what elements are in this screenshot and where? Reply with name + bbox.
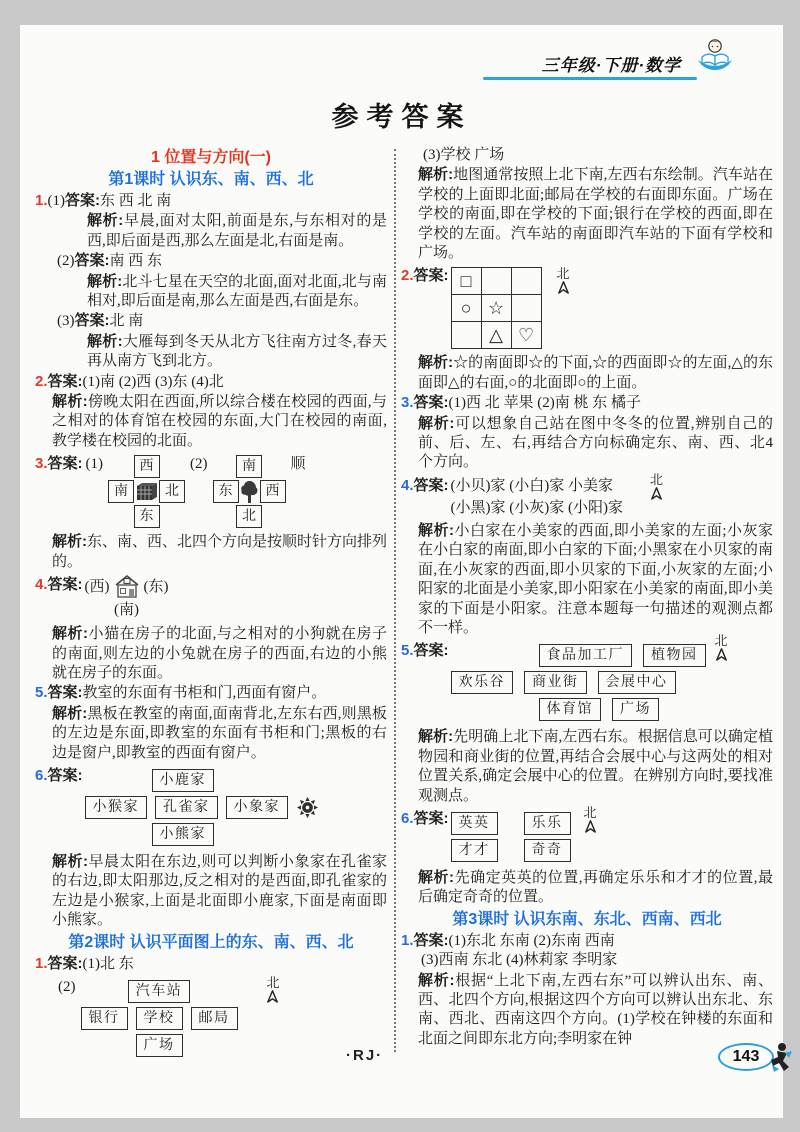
label: 答案: bbox=[414, 474, 449, 498]
grid-cell: ☆ bbox=[481, 295, 511, 322]
compass-arrow-icon bbox=[651, 487, 662, 502]
diagram-row: 东西 bbox=[213, 480, 286, 503]
lesson-heading: 第1课时 认识东、南、西、北 bbox=[35, 169, 387, 190]
diagram-row: 银行学校邮局 bbox=[81, 1007, 238, 1030]
diagram-row: 小熊家 bbox=[66, 823, 301, 846]
text-run: 小猫在房子的北面,与之相对的小狗就在房子的南面,则左边的小兔就在房子的西面,右边… bbox=[52, 626, 387, 681]
diagram-box: 西 bbox=[260, 480, 286, 503]
diagram-row: 东 bbox=[108, 505, 185, 528]
text-run: (1) bbox=[48, 193, 66, 209]
label: 解析: bbox=[87, 333, 123, 350]
analysis-paragraph: 解析:黑板在教室的南面,面南背北,左东右西,则黑板的左边是东面,即教室的东面有书… bbox=[35, 704, 387, 763]
edition-label: 三年级·下册·数学 bbox=[542, 51, 681, 76]
text-run: (2) bbox=[58, 975, 76, 999]
label: 解析: bbox=[52, 393, 88, 410]
diagram-row: 才才奇奇 bbox=[451, 839, 571, 862]
lesson-heading: 第3课时 认识东南、东北、西南、西北 bbox=[401, 909, 773, 930]
diagram-row: (南) bbox=[85, 599, 169, 621]
column-divider bbox=[394, 149, 396, 1052]
label: 解析: bbox=[52, 625, 88, 642]
answer-paragraph: 4.答案:(西)(东)(南) bbox=[35, 573, 387, 623]
diagram-row: 南 bbox=[213, 455, 286, 478]
label: 答案: bbox=[48, 452, 83, 476]
diagram-box: 南 bbox=[108, 480, 134, 503]
diagram-row: 汽车站 bbox=[81, 980, 238, 1003]
analysis-paragraph: 解析:可以想象自己站在图中冬冬的位置,辨别自己的前、后、左、右,再结合方向标确定… bbox=[401, 414, 773, 473]
text-run: ☆的南面即☆的下面,☆的西面即☆的左面,△的东面即△的右面,○的北面即○的上面。 bbox=[418, 355, 773, 390]
text-run: 东、南、西、北四个方向是按顺时针方向排列的。 bbox=[52, 534, 387, 569]
text-run: 傍晚太阳在西面,所以综合楼在校园的西面,与之相对的体育馆在校园的东面,大门在校园… bbox=[52, 394, 387, 449]
diagram-box: 会展中心 bbox=[598, 671, 676, 694]
lesson-heading: 第2课时 认识平面图上的东、南、西、北 bbox=[35, 932, 387, 953]
diagram-row: 欢乐谷商业街会展中心 bbox=[451, 671, 706, 694]
page-title: 参考答案 bbox=[20, 95, 783, 134]
compass-arrow-icon bbox=[585, 820, 596, 835]
diagram-box: 商业街 bbox=[524, 671, 587, 694]
text-paragraph: (3)学校 广场 bbox=[401, 146, 773, 165]
grid-cell bbox=[481, 268, 511, 295]
answer-paragraph: 1.答案:(1)北 东 bbox=[35, 954, 387, 974]
label: 答案: bbox=[414, 264, 449, 288]
analysis-paragraph: 解析:早晨太阳在东边,则可以判断小象家在孔雀家的右边,即太阳那边,反之相对的是西… bbox=[35, 852, 387, 931]
diagram-box: 北 bbox=[236, 505, 262, 528]
label: 答案: bbox=[65, 192, 100, 209]
text-run: (1) bbox=[86, 452, 104, 476]
text-run: 顺 bbox=[291, 452, 306, 476]
north-compass-icon: 北 bbox=[584, 806, 597, 835]
compass-label: 北 bbox=[266, 976, 279, 989]
diagram-d1: 西南北东 bbox=[108, 453, 185, 530]
compass-label: 北 bbox=[557, 267, 570, 280]
north-compass-icon: 北 bbox=[266, 976, 279, 1005]
answer-paragraph: 3.答案:(1)西南北东(2)南东西北顺 bbox=[35, 452, 387, 531]
text-paragraph: (2)汽车站银行学校邮局广场北 bbox=[35, 975, 387, 1062]
label: 答案: bbox=[75, 312, 110, 329]
diagram-box: 邮局 bbox=[191, 1007, 238, 1030]
text-paragraph: (3)西南 东北 (4)林莉家 李明家 bbox=[401, 951, 773, 970]
diagram-row: (小黑)家 (小灰)家 (小阳)家 bbox=[451, 497, 623, 519]
question-number: 1. bbox=[401, 932, 414, 949]
compass-label: 北 bbox=[584, 806, 597, 819]
label: 答案: bbox=[48, 955, 83, 972]
analysis-paragraph: 解析:先明确上北下南,左西右东。根据信息可以确定植物园和商业街的位置,再结合会展… bbox=[401, 727, 773, 806]
shape-grid: □○☆△♡ bbox=[451, 267, 542, 349]
question-number: 5. bbox=[401, 639, 414, 663]
diagram-box: 小熊家 bbox=[152, 823, 215, 846]
diagram-row: 广场 bbox=[81, 1034, 238, 1057]
text-run: 北斗七星在天空的北面,面对北面,北与南相对,即后面是南,那么左面是西,右面是东。 bbox=[87, 274, 387, 309]
text-run: 东 西 北 南 bbox=[100, 193, 171, 209]
north-compass-icon: 北 bbox=[715, 634, 728, 663]
diagram-text: (小黑)家 (小灰)家 (小阳)家 bbox=[451, 497, 623, 519]
question-number: 6. bbox=[401, 807, 414, 831]
label: 答案: bbox=[48, 684, 83, 701]
analysis-paragraph: 解析:东、南、西、北四个方向是按顺时针方向排列的。 bbox=[35, 532, 387, 572]
diagram-d9: 英英乐乐才才奇奇北 bbox=[451, 808, 571, 866]
label: 答案: bbox=[414, 932, 449, 949]
diagram-row: 小鹿家 bbox=[66, 769, 301, 792]
diagram-box: 广场 bbox=[136, 1034, 183, 1057]
compass-arrow-icon bbox=[267, 990, 278, 1005]
compass-label: 北 bbox=[650, 473, 663, 486]
text-run: (3)西南 东北 (4)林莉家 李明家 bbox=[421, 952, 617, 968]
diagram-box: 银行 bbox=[81, 1007, 128, 1030]
grid-cell: ♡ bbox=[511, 322, 541, 349]
text-run: 教室的东面有书柜和门,西面有窗户。 bbox=[83, 685, 327, 701]
grid-cell: □ bbox=[451, 268, 481, 295]
reading-kid-mascot-icon bbox=[695, 37, 735, 78]
diagram-row: 小猴家孔雀家小象家 bbox=[85, 796, 320, 819]
diagram-text: (东) bbox=[144, 576, 169, 598]
diagram-box: 西 bbox=[134, 455, 160, 478]
label: 解析: bbox=[87, 273, 122, 290]
question-number: 1. bbox=[35, 192, 48, 209]
diagram-box: 乐乐 bbox=[524, 812, 571, 835]
diagram-box: 小猴家 bbox=[85, 796, 148, 819]
diagram-d2: 南东西北 bbox=[213, 453, 286, 530]
diagram-box: 东 bbox=[134, 505, 160, 528]
diagram-box: 广场 bbox=[612, 698, 659, 721]
answer-paragraph: 1.(1)答案:东 西 北 南 bbox=[35, 191, 387, 211]
diagram-box: 汽车站 bbox=[128, 980, 191, 1003]
grid-cell bbox=[511, 268, 541, 295]
text-run: (2) bbox=[190, 452, 208, 476]
diagram-box: 小鹿家 bbox=[152, 769, 215, 792]
analysis-paragraph: 解析:小猫在房子的北面,与之相对的小狗就在房子的南面,则左边的小兔就在房子的西面… bbox=[35, 624, 387, 683]
diagram-box: 学校 bbox=[136, 1007, 183, 1030]
text-run: 可以想象自己站在图中冬冬的位置,辨别自己的前、后、左、右,再结合方向标确定东、南… bbox=[418, 416, 773, 471]
left-column: 1 位置与方向(一)第1课时 认识东、南、西、北1.(1)答案:东 西 北 南解… bbox=[35, 146, 387, 1063]
label: 解析: bbox=[418, 522, 454, 539]
diagram-box: 食品加工厂 bbox=[539, 644, 633, 667]
diagram-text: (西) bbox=[85, 576, 110, 598]
diagram-text: (小贝)家 (小白)家 小美家 bbox=[451, 475, 613, 497]
north-compass-icon: 北 bbox=[557, 267, 570, 296]
label: 解析: bbox=[418, 354, 453, 371]
edition-underline bbox=[483, 77, 697, 80]
grid-cell bbox=[511, 295, 541, 322]
text-run: (1)东北 东南 (2)东南 西南 bbox=[449, 933, 615, 949]
text-run: 北 南 bbox=[110, 313, 144, 329]
text-run: 南 西 东 bbox=[110, 253, 163, 269]
answer-paragraph: (2)答案:南 西 东 bbox=[35, 251, 387, 271]
text-run: 先明确上北下南,左西右东。根据信息可以确定植物园和商业街的位置,再结合会展中心与… bbox=[418, 729, 773, 803]
label: 解析: bbox=[418, 728, 453, 745]
answer-paragraph: (3)答案:北 南 bbox=[35, 311, 387, 331]
analysis-paragraph: 解析:☆的南面即☆的下面,☆的西面即☆的左面,△的东面即△的右面,○的北面即○的… bbox=[401, 353, 773, 393]
diagram-box: 欢乐谷 bbox=[451, 671, 514, 694]
diagram-row: 北 bbox=[213, 505, 286, 528]
diagram-row: 西 bbox=[108, 455, 185, 478]
text-run: 地图通常按照上北下南,左西右东绘制。汽车站在学校的上面即北面;邮局在学校的右面即… bbox=[418, 167, 773, 261]
label: 解析: bbox=[418, 415, 454, 432]
question-number: 3. bbox=[401, 394, 414, 411]
question-number: 4. bbox=[35, 573, 48, 597]
diagram-row: (西)(东) bbox=[85, 575, 169, 598]
page-number: 143 bbox=[718, 1043, 774, 1071]
answer-paragraph: 2.答案:□○☆△♡北 bbox=[401, 264, 773, 352]
diagram-box: 英英 bbox=[451, 812, 498, 835]
diagram-box: 植物园 bbox=[643, 644, 706, 667]
right-column: (3)学校 广场解析:地图通常按照上北下南,左西右东绘制。汽车站在学校的上面即北… bbox=[401, 146, 773, 1049]
diagram-row: (小贝)家 (小白)家 小美家 bbox=[451, 475, 623, 497]
diagram-box: 北 bbox=[159, 480, 185, 503]
badge-mascot-icon bbox=[768, 1041, 794, 1078]
building-icon bbox=[136, 482, 157, 501]
diagram-box: 东 bbox=[213, 480, 239, 503]
compass-label: 北 bbox=[715, 634, 728, 647]
diagram-box: 孔雀家 bbox=[155, 796, 218, 819]
diagram-row: 英英乐乐 bbox=[451, 812, 571, 835]
diagram-box: 小象家 bbox=[226, 796, 289, 819]
label: 解析: bbox=[418, 166, 453, 183]
diagram-d8: 食品加工厂植物园欢乐谷商业街会展中心体育馆广场北 bbox=[451, 640, 706, 725]
sun-icon bbox=[296, 796, 319, 819]
text-run: (1)南 (2)西 (3)东 (4)北 bbox=[83, 374, 224, 390]
diagram-d3: (西)(东)(南) bbox=[85, 574, 169, 622]
answer-paragraph: 2.答案:(1)南 (2)西 (3)东 (4)北 bbox=[35, 372, 387, 392]
answer-paragraph: 6.答案:小鹿家小猴家孔雀家小象家小熊家 bbox=[35, 764, 387, 851]
diagram-box: 体育馆 bbox=[539, 698, 602, 721]
question-number: 1. bbox=[35, 955, 48, 972]
question-number: 4. bbox=[401, 474, 414, 498]
press-code: ·RJ· bbox=[346, 1047, 383, 1064]
analysis-paragraph: 解析:大雁每到冬天从北方飞往南方过冬,春天再从南方飞到北方。 bbox=[35, 332, 387, 372]
text-run: (1)北 东 bbox=[83, 956, 134, 972]
page-number-badge: 143 bbox=[718, 1035, 794, 1078]
text-run: (3) bbox=[57, 313, 75, 329]
text-run: (1)西 北 苹果 (2)南 桃 东 橘子 bbox=[449, 395, 641, 411]
label: 答案: bbox=[414, 394, 449, 411]
question-number: 6. bbox=[35, 764, 48, 788]
label: 解析: bbox=[418, 972, 455, 989]
diagram-d5: 汽车站银行学校邮局广场北 bbox=[81, 976, 238, 1061]
text-run: 早晨太阳在东边,则可以判断小象家在孔雀家的右边,即太阳那边,反之相对的是西面,即… bbox=[52, 854, 387, 928]
label: 答案: bbox=[414, 807, 449, 831]
answer-paragraph: 4.答案:(小贝)家 (小白)家 小美家(小黑)家 (小灰)家 (小阳)家北 bbox=[401, 474, 773, 520]
compass-arrow-icon bbox=[716, 648, 727, 663]
diagram-row: 南北 bbox=[108, 480, 185, 503]
analysis-paragraph: 解析:北斗七星在天空的北面,面对北面,北与南相对,即后面是南,那么左面是西,右面… bbox=[35, 272, 387, 312]
answer-paragraph: 5.答案:教室的东面有书柜和门,西面有窗户。 bbox=[35, 683, 387, 703]
text-run: 黑板在教室的南面,面南背北,左东右西,则黑板的左边是东面,即教室的东面有书柜和门… bbox=[52, 706, 387, 761]
scanned-answer-page: { "colors": { "heading_red": "#ee2f1e", … bbox=[0, 0, 800, 1132]
text-run: (2) bbox=[57, 253, 75, 269]
house-icon bbox=[114, 575, 140, 598]
label: 答案: bbox=[48, 573, 83, 597]
question-number: 3. bbox=[35, 452, 48, 476]
diagram-text: (南) bbox=[114, 599, 139, 621]
label: 答案: bbox=[414, 639, 449, 663]
text-run: 小白家在小美家的西面,即小美家的左面;小灰家在小白家的南面,即小白家的下面;小黑… bbox=[418, 523, 773, 636]
page: 三年级·下册·数学 参考答案 1 位置与方向(一)第1课时 认识东、南、西、北1… bbox=[20, 25, 783, 1118]
label: 解析: bbox=[52, 853, 88, 870]
question-number: 2. bbox=[401, 264, 414, 288]
label: 解析: bbox=[87, 212, 123, 229]
diagram-row: 体育馆广场 bbox=[539, 698, 706, 721]
analysis-paragraph: 解析:地图通常按照上北下南,左西右东绘制。汽车站在学校的上面即北面;邮局在学校的… bbox=[401, 165, 773, 263]
question-number: 2. bbox=[35, 373, 48, 390]
text-run: 早晨,面对太阳,前面是东,与东相对的是西,即后面是西,那么左面是北,右面是南。 bbox=[87, 213, 387, 248]
diagram-d7: (小贝)家 (小白)家 小美家(小黑)家 (小灰)家 (小阳)家北 bbox=[451, 475, 623, 519]
diagram-box: 南 bbox=[236, 455, 262, 478]
grid-cell bbox=[451, 322, 481, 349]
label: 解析: bbox=[52, 533, 87, 550]
answer-paragraph: 5.答案:食品加工厂植物园欢乐谷商业街会展中心体育馆广场北 bbox=[401, 639, 773, 726]
content-columns: 1 位置与方向(一)第1课时 认识东、南、西、北1.(1)答案:东 西 北 南解… bbox=[35, 146, 781, 1063]
analysis-paragraph: 解析:早晨,面对太阳,前面是东,与东相对的是西,即后面是西,那么左面是北,右面是… bbox=[35, 211, 387, 251]
diagram-d6: □○☆△♡北 bbox=[451, 265, 542, 351]
text-run: 学校 广场 bbox=[441, 147, 505, 163]
grid-cell: ○ bbox=[451, 295, 481, 322]
compass-arrow-icon bbox=[558, 281, 569, 296]
analysis-paragraph: 解析:先确定英英的位置,再确定乐乐和才才的位置,最后确定奇奇的位置。 bbox=[401, 868, 773, 908]
label: 解析: bbox=[52, 705, 87, 722]
answer-paragraph: 6.答案:英英乐乐才才奇奇北 bbox=[401, 807, 773, 867]
unit-heading: 1 位置与方向(一) bbox=[35, 147, 387, 168]
question-number: 5. bbox=[35, 684, 48, 701]
label: 答案: bbox=[48, 373, 83, 390]
analysis-paragraph: 解析:傍晚太阳在西面,所以综合楼在校园的西面,与之相对的体育馆在校园的东面,大门… bbox=[35, 392, 387, 451]
label: 答案: bbox=[75, 252, 110, 269]
text-run: (3) bbox=[423, 147, 441, 163]
analysis-paragraph: 解析:小白家在小美家的西面,即小美家的左面;小灰家在小白家的南面,即小白家的下面… bbox=[401, 521, 773, 638]
diagram-d4: 小鹿家小猴家孔雀家小象家小熊家 bbox=[85, 765, 320, 850]
diagram-box: 才才 bbox=[451, 839, 498, 862]
tree-icon bbox=[241, 481, 258, 503]
text-run: 先确定英英的位置,再确定乐乐和才才的位置,最后确定奇奇的位置。 bbox=[418, 870, 773, 905]
north-compass-icon: 北 bbox=[650, 473, 663, 502]
answer-paragraph: 3.答案:(1)西 北 苹果 (2)南 桃 东 橘子 bbox=[401, 393, 773, 413]
grid-cell: △ bbox=[481, 322, 511, 349]
diagram-row: 食品加工厂植物园 bbox=[539, 644, 706, 667]
text-run: 大雁每到冬天从北方飞往南方过冬,春天再从南方飞到北方。 bbox=[87, 334, 387, 369]
label: 解析: bbox=[418, 869, 454, 886]
answer-paragraph: 1.答案:(1)东北 东南 (2)东南 西南 bbox=[401, 931, 773, 951]
diagram-box: 奇奇 bbox=[524, 839, 571, 862]
